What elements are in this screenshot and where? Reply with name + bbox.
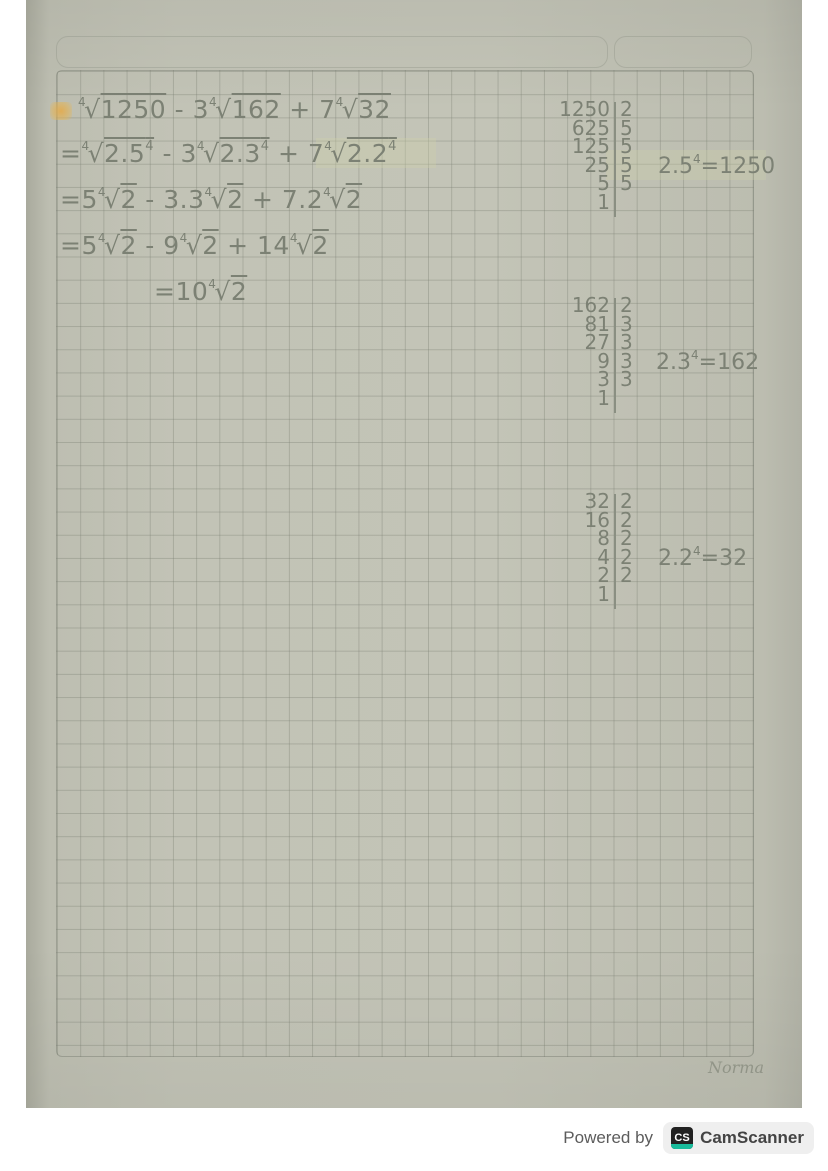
radical: √ [104,231,120,260]
equation-line: =54√2 - 94√2 + 144√2 [60,232,329,258]
radical: √ [84,95,100,124]
prime-column: 22222 [620,492,633,585]
prime-column: 23333 [620,296,633,389]
factorization-result: 2.34=162 [656,348,759,375]
notebook-brand-logo: Norma [708,1058,764,1077]
powered-by-label: Powered by [563,1128,653,1148]
division-line [614,298,616,413]
radical: √ [329,185,345,214]
radical: √ [211,185,227,214]
problem-marker-highlight [50,102,72,120]
dividend-column: 32168421 [548,492,610,603]
radical: √ [342,95,358,124]
camscanner-footer: Powered by CS CamScanner [563,1122,814,1154]
scanned-page: 4√1250 - 34√162 + 74√32=4√2.54 - 34√2.34… [26,0,802,1108]
camscanner-logo-icon: CS [671,1127,693,1149]
equation-line: =4√2.54 - 34√2.34 + 74√2.24 [60,140,397,166]
division-line [614,494,616,609]
radical: √ [203,139,219,168]
header-date-box [614,36,752,68]
equation-line: =104√2 [154,278,247,304]
factorization-result: 2.24=32 [658,544,747,571]
header-name-box [56,36,608,68]
radical: √ [215,95,231,124]
prime-column: 25555 [620,100,633,193]
equation-line: 4√1250 - 34√162 + 74√32 [78,96,391,122]
radical: √ [186,231,202,260]
equation-line: =54√2 - 3.34√2 + 7.24√2 [60,186,362,212]
camscanner-app-name: CamScanner [700,1128,804,1148]
radical: √ [296,231,312,260]
factorization-result: 2.54=1250 [658,152,775,179]
grid-paper [56,70,754,1057]
camscanner-badge[interactable]: CS CamScanner [663,1122,814,1154]
division-line [614,102,616,217]
radical: √ [214,277,230,306]
radical: √ [88,139,104,168]
radical: √ [330,139,346,168]
dividend-column: 12506251252551 [548,100,610,211]
radical: √ [104,185,120,214]
dividend-column: 1628127931 [548,296,610,407]
